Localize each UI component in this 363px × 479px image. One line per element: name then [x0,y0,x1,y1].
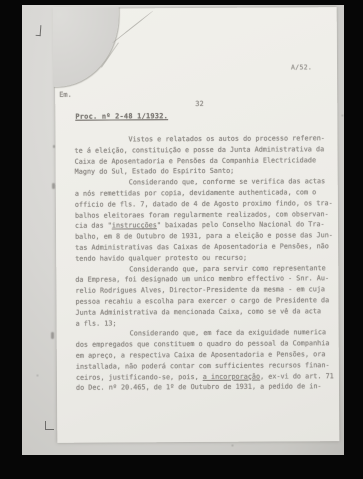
photo-backdrop: A/52. Em. 32 Proc. nº 2-48 1/1932. Visto… [22,5,344,455]
margin-note: Em. [59,91,72,99]
document-page: A/52. Em. 32 Proc. nº 2-48 1/1932. Visto… [55,7,340,443]
body-line: tas Administrativas das Caixas de Aposen… [75,241,335,253]
body-line: do Dec. nº 20.465, de 1º de Outubro de 1… [76,381,336,393]
torn-corner [53,6,119,86]
crop-mark-top-left-icon [36,25,42,36]
page-number: 32 [195,100,203,108]
paragraph: Considerando que, em face da exiguidade … [76,327,336,393]
ink-smudge [51,332,54,339]
file-reference-label: A/52. [291,63,312,71]
scan-frame: A/52. Em. 32 Proc. nº 2-48 1/1932. Visto… [0,0,363,479]
crop-mark-bottom-left-icon [45,421,54,430]
body-line: Caixa de Aposentadoria e Pensões da Comp… [75,155,335,167]
paragraph: Vistos e relatados os autos do processo … [74,133,334,178]
body-line: Junta Administrativa da mencionada Caixa… [76,306,336,318]
film-noise [22,5,23,6]
body-paragraphs: Vistos e relatados os autos do processo … [74,133,336,394]
paragraph: Considerando que, conforme se verifica d… [75,176,336,264]
process-number-heading: Proc. nº 2-48 1/1932. [75,112,168,121]
paragraph: Considerando que, para servir como repre… [75,263,335,329]
ink-smudge [52,183,55,189]
